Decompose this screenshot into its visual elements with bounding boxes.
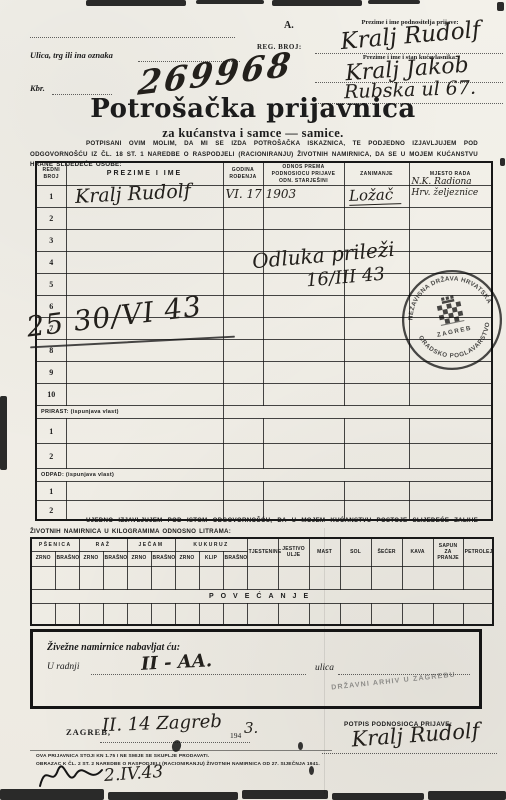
empty-cell (66, 482, 223, 501)
empty-cell (31, 603, 55, 625)
signature-dotted-line (322, 752, 497, 754)
col-petrolej: PETROLEJ (463, 538, 493, 566)
empty-cell (463, 603, 493, 625)
member-name-handwriting: Kralj Rudolf (74, 180, 191, 208)
scan-edge-mark (332, 793, 424, 800)
stamp-center-city: ZAGREB (436, 325, 472, 339)
col-mast: MAST (309, 538, 340, 566)
empty-cell (199, 566, 223, 589)
ink-blot (309, 766, 314, 775)
empty-cell (66, 384, 223, 406)
supplies-empty-row-2 (31, 603, 493, 625)
official-round-stamp: NEZAVISNA DRŽAVA HRVATSKA GRADSKO POGLAV… (390, 258, 506, 381)
empty-cell (309, 603, 340, 625)
empty-cell (66, 252, 223, 274)
scanned-document: Ulica, trg ili ina oznaka Kbr. A. REG. B… (0, 0, 506, 800)
sub-zrno: ZRNO (175, 551, 199, 566)
scrawl-date-handwriting: 2.IV.43 (103, 762, 164, 786)
empty-cell (223, 444, 263, 469)
empty-cell (409, 230, 492, 252)
empty-cell (103, 566, 127, 589)
supplies-empty-row (31, 566, 493, 589)
odpad-band: ODPAD: (ispunjava vlast) (36, 469, 492, 482)
scan-edge-mark (272, 0, 362, 6)
scan-edge-mark (108, 792, 238, 800)
empty-cell (278, 566, 309, 589)
footer-rule (30, 750, 332, 751)
scan-edge-mark (0, 396, 7, 470)
year-handwriting: 3. (244, 719, 258, 737)
empty-cell (371, 566, 402, 589)
empty-cell (223, 419, 263, 444)
name-cell: Kralj Rudolf (66, 186, 223, 208)
occupation-cell: Ložač (344, 186, 409, 208)
relation-cell (263, 186, 344, 208)
povecanje-label: POVEĆANJE (31, 589, 493, 603)
empty-cell (344, 362, 409, 384)
street-field-label: ulica (315, 663, 334, 673)
row-number: 2 (36, 444, 66, 469)
empty-cell (433, 603, 463, 625)
empty-cell (263, 208, 344, 230)
scan-edge-mark (196, 0, 264, 4)
empty-cell (223, 482, 263, 501)
empty-cell (223, 362, 263, 384)
workplace-cell: N.K. Radiona Hrv. željeznice (409, 186, 492, 208)
empty-cell (66, 444, 223, 469)
col-header-redni-broj: REDNI BROJ (36, 162, 66, 186)
empty-cell (127, 603, 151, 625)
sub-brasno: BRAŠNO (103, 551, 127, 566)
supplies-declaration-text: UJEDNO IZJAVLJUJEM POD ISTOM ODGOVORNOŠĆ… (30, 516, 478, 537)
empty-cell (263, 419, 344, 444)
sub-zrno: ZRNO (127, 551, 151, 566)
sub-brasno: BRAŠNO (223, 551, 247, 566)
empty-cell (223, 208, 263, 230)
member-row-10: 10 (36, 384, 492, 406)
empty-cell (409, 444, 492, 469)
row-number: 1 (36, 419, 66, 444)
form-title: Potrošačka prijavnica (0, 94, 506, 124)
row-number: 10 (36, 384, 66, 406)
empty-cell (371, 603, 402, 625)
ink-blot (298, 742, 303, 750)
stamp-graphic: NEZAVISNA DRŽAVA HRVATSKA GRADSKO POGLAV… (390, 258, 506, 381)
empty-cell (344, 208, 409, 230)
scan-edge-mark (428, 791, 506, 800)
row-number: 9 (36, 362, 66, 384)
group-kukuruz: KUKURUZ (175, 538, 247, 551)
empty-cell (103, 603, 127, 625)
empty-cell (409, 419, 492, 444)
empty-cell (344, 482, 409, 501)
empty-cell (223, 384, 263, 406)
empty-cell (263, 340, 344, 362)
row-number: 4 (36, 252, 66, 274)
empty-cell (66, 230, 223, 252)
signature-scrawl-graphic (36, 758, 106, 792)
col-sapun: SAPUN ZA PRANJE (433, 538, 463, 566)
sub-brasno: BRAŠNO (55, 551, 79, 566)
col-header-godina: GODINA ROĐENJA (223, 162, 263, 186)
empty-cell (223, 469, 492, 482)
supplies-group-header-row: PŠENICA RAŽ JEČAM KUKURUZ TJESTENINE JES… (31, 538, 493, 551)
sub-klip: KLIP (199, 551, 223, 566)
scan-edge-mark (242, 790, 328, 799)
empty-cell (309, 566, 340, 589)
empty-cell (402, 566, 433, 589)
empty-cell (263, 444, 344, 469)
empty-cell (223, 566, 247, 589)
scan-edge-mark (86, 0, 186, 6)
workplace-handwriting-line1: N.K. Radiona (412, 177, 472, 187)
scan-edge-mark (497, 2, 504, 11)
empty-cell (433, 566, 463, 589)
empty-cell (127, 566, 151, 589)
workplace-handwriting-line2: Hrv. željeznice (412, 188, 479, 198)
empty-cell (66, 208, 223, 230)
row-number: 5 (36, 274, 66, 296)
scan-edge-mark (500, 158, 505, 166)
empty-cell (79, 603, 103, 625)
empty-cell (340, 566, 371, 589)
row-number: 3 (36, 230, 66, 252)
sub-brasno: BRAŠNO (151, 551, 175, 566)
prirast-row-1: 1 (36, 419, 492, 444)
shop-heading: Živežne namirnice nabavljat ću: (47, 642, 180, 653)
date-handwriting: II. 14 Zagreb (102, 711, 223, 736)
group-psenica: PŠENICA (31, 538, 79, 551)
odpad-label: ODPAD: (ispunjava vlast) (36, 469, 223, 482)
empty-cell (223, 603, 247, 625)
prirast-band: PRIRAST: (ispunjava vlast) (36, 406, 492, 419)
col-kava: KAVA (402, 538, 433, 566)
empty-cell (402, 603, 433, 625)
member-row-2: 2 (36, 208, 492, 230)
shop-field-label: U radnji (47, 662, 79, 672)
blank-dotted-line (30, 36, 235, 38)
empty-cell (247, 603, 278, 625)
house-number-label: Kbr. (30, 83, 45, 93)
odpad-row-1: 1 (36, 482, 492, 501)
row-number: 8 (36, 340, 66, 362)
empty-cell (175, 566, 199, 589)
empty-cell (223, 274, 263, 296)
col-jestivo-ulje: JESTIVO ULJE (278, 538, 309, 566)
empty-cell (344, 419, 409, 444)
supplies-table: PŠENICA RAŽ JEČAM KUKURUZ TJESTENINE JES… (30, 537, 494, 626)
empty-cell (340, 603, 371, 625)
empty-cell (263, 384, 344, 406)
shop-value-handwriting: II - AA. (140, 650, 212, 675)
row-number: 1 (36, 482, 66, 501)
col-header-zanimanje: ZANIMANJE (344, 162, 409, 186)
empty-cell (223, 296, 263, 318)
empty-cell (463, 566, 493, 589)
prirast-row-2: 2 (36, 444, 492, 469)
section-letter: A. (284, 20, 294, 31)
empty-cell (409, 482, 492, 501)
coat-of-arms-checkerboard (435, 294, 464, 326)
shop-dotted-line (91, 673, 306, 675)
empty-cell (344, 444, 409, 469)
col-header-odnos: ODNOS PREMA PODNOSIOCU PRIJAVE ODN. STAR… (263, 162, 344, 186)
col-secer: ŠEĆER (371, 538, 402, 566)
empty-cell (79, 566, 103, 589)
member-row-1: 1 Kralj Rudolf VI. 17 1903 Ložač N.K. Ra… (36, 186, 492, 208)
empty-cell (263, 362, 344, 384)
group-raz: RAŽ (79, 538, 127, 551)
sub-zrno: ZRNO (79, 551, 103, 566)
empty-cell (263, 296, 344, 318)
empty-cell (344, 384, 409, 406)
scan-edge-mark (368, 0, 420, 4)
empty-cell (223, 340, 263, 362)
empty-cell (278, 603, 309, 625)
sub-zrno: ZRNO (31, 551, 55, 566)
empty-cell (344, 340, 409, 362)
occupation-handwriting: Ložač (348, 185, 401, 206)
empty-cell (151, 566, 175, 589)
empty-cell (263, 482, 344, 501)
printed-year: 194 (230, 731, 241, 740)
empty-cell (66, 362, 223, 384)
row-number: 2 (36, 208, 66, 230)
empty-cell (223, 406, 492, 419)
empty-cell (31, 566, 55, 589)
group-jecam: JEČAM (127, 538, 175, 551)
row-number: 1 (36, 186, 66, 208)
empty-cell (66, 419, 223, 444)
empty-cell (409, 208, 492, 230)
empty-cell (409, 384, 492, 406)
povecanje-band: POVEĆANJE (31, 589, 493, 603)
empty-cell (247, 566, 278, 589)
col-sol: SOL (340, 538, 371, 566)
empty-cell (263, 318, 344, 340)
empty-cell (199, 603, 223, 625)
street-label: Ulica, trg ili ina oznaka (30, 50, 113, 60)
empty-cell (151, 603, 175, 625)
empty-cell (175, 603, 199, 625)
prirast-label: PRIRAST: (ispunjava vlast) (36, 406, 223, 419)
birth-cell: VI. 17 1903 (223, 186, 263, 208)
shop-declaration-box: Živežne namirnice nabavljat ću: U radnji… (30, 629, 482, 709)
col-tjestenine: TJESTENINE (247, 538, 278, 566)
empty-cell (55, 603, 79, 625)
empty-cell (55, 566, 79, 589)
